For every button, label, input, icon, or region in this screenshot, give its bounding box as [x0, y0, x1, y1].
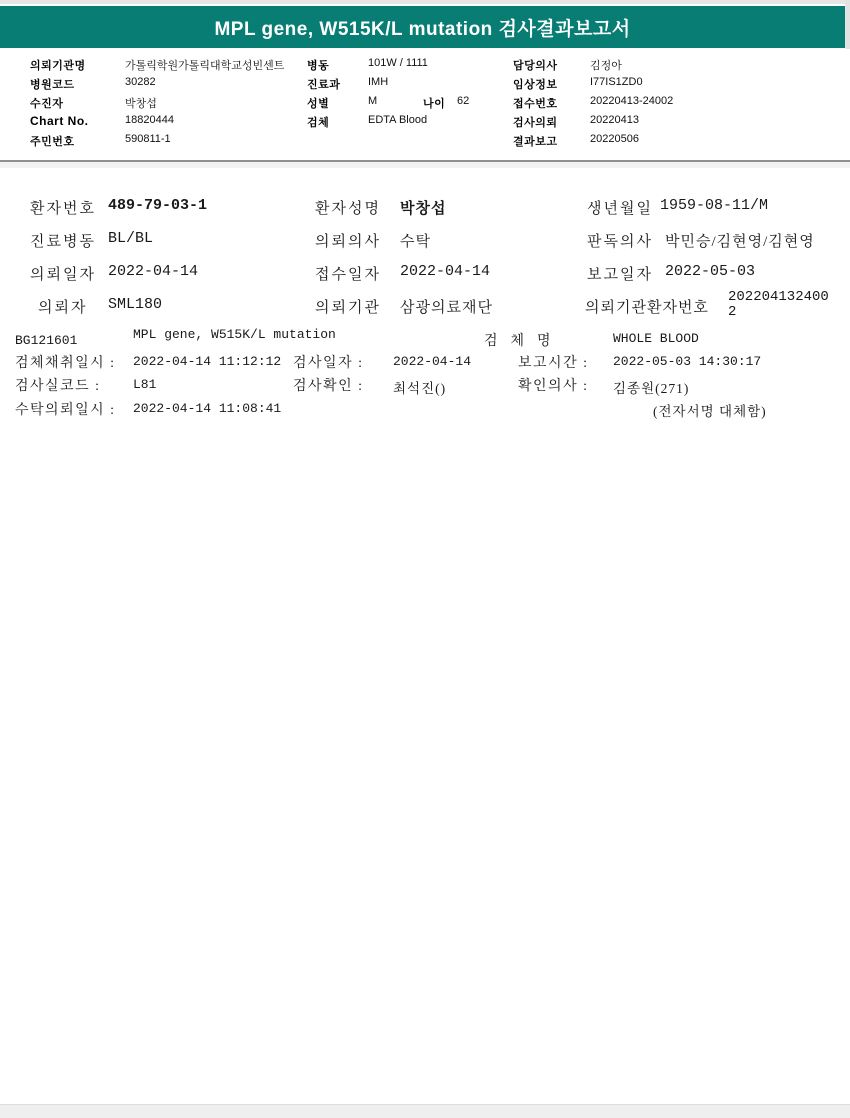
resident-no-label: 주민번호: [30, 133, 75, 149]
hospital-code-label: 병원코드: [30, 76, 75, 92]
confirm-doctor-label: 확인의사 :: [518, 375, 589, 395]
header-row-resident: 주민번호 590811-1 결과보고 20220506: [0, 133, 850, 148]
window-top-strip: [0, 0, 850, 5]
reading-doctor-label: 판독의사: [587, 230, 653, 251]
consign-datetime-label: 수탁의뢰일시 :: [15, 399, 116, 419]
header-row-hospcode: 병원코드 30282 진료과 IMH 임상정보 I77IS1ZD0: [0, 76, 850, 91]
test-request-date-value: 20220413: [590, 114, 639, 126]
report-title-bar: MPL gene, W515K/L mutation 검사결과보고서: [0, 6, 845, 48]
test-date-value: 2022-04-14: [393, 354, 471, 369]
page-title: MPL gene, W515K/L mutation 검사결과보고서: [214, 14, 630, 41]
org-name-label: 의뢰기관명: [30, 57, 86, 73]
esign-note: (전자서명 대체함): [653, 400, 767, 420]
result-report-date-value: 20220506: [590, 133, 639, 145]
chart-no-value: 18820444: [125, 114, 174, 126]
test-request-date-label: 검사의뢰: [513, 114, 558, 130]
header-row-chart: Chart No. 18820444 검체 EDTA Blood 검사의뢰 20…: [0, 114, 850, 129]
ward-label: 병동: [307, 57, 329, 73]
department-value: IMH: [368, 76, 388, 88]
patient-name-value: 박창섭: [400, 197, 446, 218]
examinee-value: 박창섭: [125, 95, 157, 111]
care-ward-value: BL/BL: [108, 230, 153, 247]
resident-no-value: 590811-1: [125, 133, 171, 145]
report-page: MPL gene, W515K/L mutation 검사결과보고서 의뢰기관명…: [0, 0, 850, 1118]
report-date-label: 보고일자: [587, 263, 653, 284]
request-doctor-value: 수탁: [400, 230, 431, 251]
patient-no-label: 환자번호: [30, 197, 96, 218]
header-row-org: 의뢰기관명 가톨릭학원가톨릭대학교성빈센트 병동 101W / 1111 담당의…: [0, 57, 850, 72]
sex-value: M: [368, 95, 377, 107]
care-ward-label: 진료병동: [30, 230, 96, 251]
lab-code-value: L81: [133, 377, 156, 392]
consign-datetime-value: 2022-04-14 11:08:41: [133, 401, 281, 416]
request-doctor-label: 의뢰의사: [315, 230, 381, 251]
hospital-code-value: 30282: [125, 76, 156, 88]
doctor-value: 김정아: [590, 57, 622, 73]
collect-datetime-label: 검체채취일시 :: [15, 352, 116, 372]
clinical-info-value: I77IS1ZD0: [590, 76, 643, 88]
patient-row-2: 진료병동 BL/BL 의뢰의사 수탁 판독의사 박민승/김현영/김현영: [0, 230, 850, 252]
request-org-label: 의뢰기관: [315, 296, 381, 317]
collect-datetime-value: 2022-04-14 11:12:12: [133, 354, 281, 369]
report-time-label: 보고시간 :: [518, 352, 589, 372]
receipt-date-value: 2022-04-14: [400, 263, 490, 280]
specimen-name-value: WHOLE BLOOD: [613, 331, 699, 346]
specimen-type-label: 검체: [307, 114, 329, 130]
org-patient-no-label: 의뢰기관환자번호: [585, 296, 709, 317]
lab-code-label: 검사실코드 :: [15, 375, 101, 395]
header-row-patient: 수진자 박창섭 성별 M 나이 62 접수번호 20220413-24002: [0, 95, 850, 110]
confirm-doctor-value: 김종원(271): [613, 377, 689, 397]
section-divider-band: [0, 162, 850, 168]
ward-value: 101W / 1111: [368, 57, 428, 69]
age-value: 62: [457, 95, 469, 107]
accession-value: 20220413-24002: [590, 95, 673, 107]
request-date-value: 2022-04-14: [108, 263, 198, 280]
patient-no-value: 489-79-03-1: [108, 197, 207, 214]
specimen-type-value: EDTA Blood: [368, 114, 427, 126]
requester-value: SML180: [108, 296, 162, 313]
test-code: BG121601: [15, 333, 77, 348]
verify-label: 검사확인 :: [293, 375, 364, 395]
org-patient-no-value: 2022041324002: [728, 290, 832, 320]
verify-value: 최석진(): [393, 377, 446, 397]
report-time-value: 2022-05-03 14:30:17: [613, 354, 761, 369]
reading-doctor-value: 박민승/김현영/김현영: [665, 230, 815, 251]
patient-row-1: 환자번호 489-79-03-1 환자성명 박창섭 생년월일 1959-08-1…: [0, 197, 850, 219]
accession-label: 접수번호: [513, 95, 558, 111]
test-name: MPL gene, W515K/L mutation: [133, 327, 336, 342]
department-label: 진료과: [307, 76, 340, 92]
doctor-label: 담당의사: [513, 57, 558, 73]
window-right-edge: [845, 0, 850, 49]
report-date-value: 2022-05-03: [665, 263, 755, 280]
org-name-value: 가톨릭학원가톨릭대학교성빈센트: [125, 57, 284, 73]
birthdate-label: 생년월일: [587, 197, 653, 218]
result-report-date-label: 결과보고: [513, 133, 558, 149]
age-label: 나이: [423, 95, 445, 111]
request-date-label: 의뢰일자: [30, 263, 96, 284]
specimen-name-label: 검 체 명: [484, 330, 553, 350]
birthdate-value: 1959-08-11/M: [660, 197, 768, 214]
request-org-value: 삼광의료재단: [400, 296, 493, 317]
requester-label: 의뢰자: [38, 296, 87, 317]
patient-row-3: 의뢰일자 2022-04-14 접수일자 2022-04-14 보고일자 202…: [0, 263, 850, 285]
sex-label: 성별: [307, 95, 329, 111]
chart-no-label: Chart No.: [30, 114, 89, 128]
examinee-label: 수진자: [30, 95, 63, 111]
window-bottom-bar: [0, 1104, 850, 1118]
patient-name-label: 환자성명: [315, 197, 381, 218]
clinical-info-label: 임상정보: [513, 76, 558, 92]
test-date-label: 검사일자 :: [293, 352, 364, 372]
patient-row-4: 의뢰자 SML180 의뢰기관 삼광의료재단 의뢰기관환자번호: [0, 296, 850, 318]
receipt-date-label: 접수일자: [315, 263, 381, 284]
